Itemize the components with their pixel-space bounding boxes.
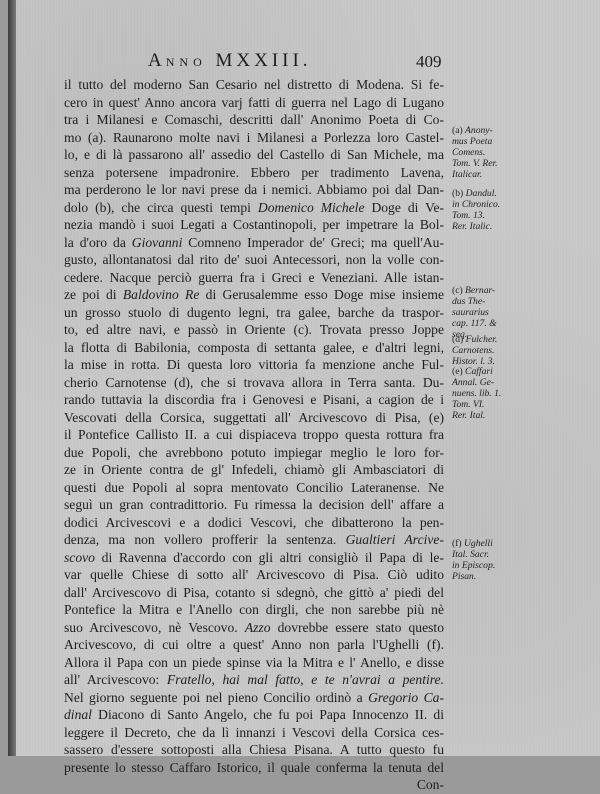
italic-name: Giovanni <box>132 235 183 250</box>
italic-name: Gregorio Ca- <box>368 690 444 705</box>
margin-note: (c) Bernar-dus The-saurariuscap. 117. &s… <box>452 285 562 340</box>
text-line: un grosso stuolo di dugento legni, tra g… <box>64 304 444 322</box>
margin-note: (b) Dandul.in Chronico.Tom. 13.Rer. Ital… <box>452 188 562 232</box>
text-line: suo Arcivescovo, nè Vescovo. Azzo dovreb… <box>64 619 444 637</box>
text-line: seguì un gran contradittorio. Fu rimessa… <box>64 496 444 514</box>
body-text: il tutto del moderno San Cesario nel dis… <box>64 76 444 756</box>
page-header: ANNO MXXIII. 409 <box>8 50 600 74</box>
text-line: la mise in rotta. Di questa loro vittori… <box>64 356 444 374</box>
text-line: due Popoli, che avrebbono potuto impiega… <box>64 444 444 462</box>
text-line: senza potersene impadronire. Ebbero per … <box>64 164 444 182</box>
text-line: Vescovati della Corsica, suggettati all'… <box>64 409 444 427</box>
text-line: questi due Popoli al sopra mentovato Con… <box>64 479 444 497</box>
italic-name: dinal <box>64 707 92 722</box>
text-line: Nel giorno seguente poi nel pieno Concil… <box>64 689 444 707</box>
text-line: to, ed altre navi, e passò in Oriente (c… <box>64 321 444 339</box>
text-line: sassero d'essere sottoposti alla Chiesa … <box>64 741 444 756</box>
text-line: var quelle Chiese di sotto all' Arcivesc… <box>64 566 444 584</box>
text-line: cero in quest' Anno ancora varj fatti di… <box>64 94 444 112</box>
text-line: nezia mandò i suoi Legati a Costantinopo… <box>64 216 444 234</box>
text-line: la d'oro da Giovanni Comneno Imperador d… <box>64 234 444 252</box>
text-line: ze in Oriente contra de gl' Infedeli, ch… <box>64 461 444 479</box>
italic-name: Domenico Michele <box>258 200 365 215</box>
running-head: ANNO MXXIII. <box>148 50 312 72</box>
text-line: tra i Milanesi e Comaschi, descritti dal… <box>64 111 444 129</box>
text-line: all' Arcivescovo: Fratello, hai mal fatt… <box>64 671 444 689</box>
text-line: dodici Arcivescovi e a dodici Vescovi, c… <box>64 514 444 532</box>
text-line: cedere. Nacque perciò guerra fra i Greci… <box>64 269 444 287</box>
page-number: 409 <box>416 52 442 72</box>
text-line: il Pontefice Callisto II. a cui dispiace… <box>64 426 444 444</box>
text-line: mo (a). Raunarono molte navi i Milanesi … <box>64 129 444 147</box>
italic-name: Azzo <box>245 620 271 635</box>
italic-name: Gualtieri Arcive- <box>346 532 444 547</box>
page-binding-edge <box>8 0 16 756</box>
margin-note: (d) Fulcher.Carnotens.Histor. l. 3. <box>452 334 562 367</box>
text-line: denza, ma non vollero profferir la sente… <box>64 531 444 549</box>
text-line: cherio Carnotense (d), che si trovava al… <box>64 374 444 392</box>
text-line: ma perderono le lor navi prese da i nemi… <box>64 181 444 199</box>
margin-note: (e) CaffariAnnal. Ge-nuens. lib. 1.Tom. … <box>452 366 562 421</box>
text-line: Allora il Papa con un piede spinse via l… <box>64 654 444 672</box>
book-page: ANNO MXXIII. 409 il tutto del moderno Sa… <box>8 0 600 756</box>
text-line: dolo (b), che circa questi tempi Domenic… <box>64 199 444 217</box>
italic-name: Fratello, hai mal fatto, e te n'avrai a … <box>167 672 444 687</box>
margin-note: (a) Anony-mus PoetaComens.Tom. V. Rer.It… <box>452 125 562 180</box>
text-line: dall' Arcivescovo di Pisa, cotanto si sd… <box>64 584 444 602</box>
text-line: la flotta di Babilonia, composta di sett… <box>64 339 444 357</box>
text-line: ze poi di Baldovino Re di Gerusalemme es… <box>64 286 444 304</box>
text-line: lo, e di là passarono all' assedio del C… <box>64 146 444 164</box>
text-line: rando tuttavia la discordia fra i Genove… <box>64 391 444 409</box>
text-line: Arcivescovo, di cui oltre a quest' Anno … <box>64 636 444 654</box>
margin-note: (f) UghelliItal. Sacr.in Episcop.Pisan. <box>452 538 562 582</box>
text-line: dinal Diacono di Santo Angelo, che fu po… <box>64 706 444 724</box>
text-line: scovo di Ravenna d'accordo con gli altri… <box>64 549 444 567</box>
italic-name: scovo <box>64 550 95 565</box>
text-line: il tutto del moderno San Cesario nel dis… <box>64 76 444 94</box>
text-line: gusto, allontanatosi dal rito de' suoi A… <box>64 251 444 269</box>
text-line: leggere il Decreto, che da lì innanzi i … <box>64 724 444 742</box>
text-line: Pontefice la Mitra e l'Anello con dirgli… <box>64 601 444 619</box>
italic-name: Baldovino Re <box>123 287 200 302</box>
